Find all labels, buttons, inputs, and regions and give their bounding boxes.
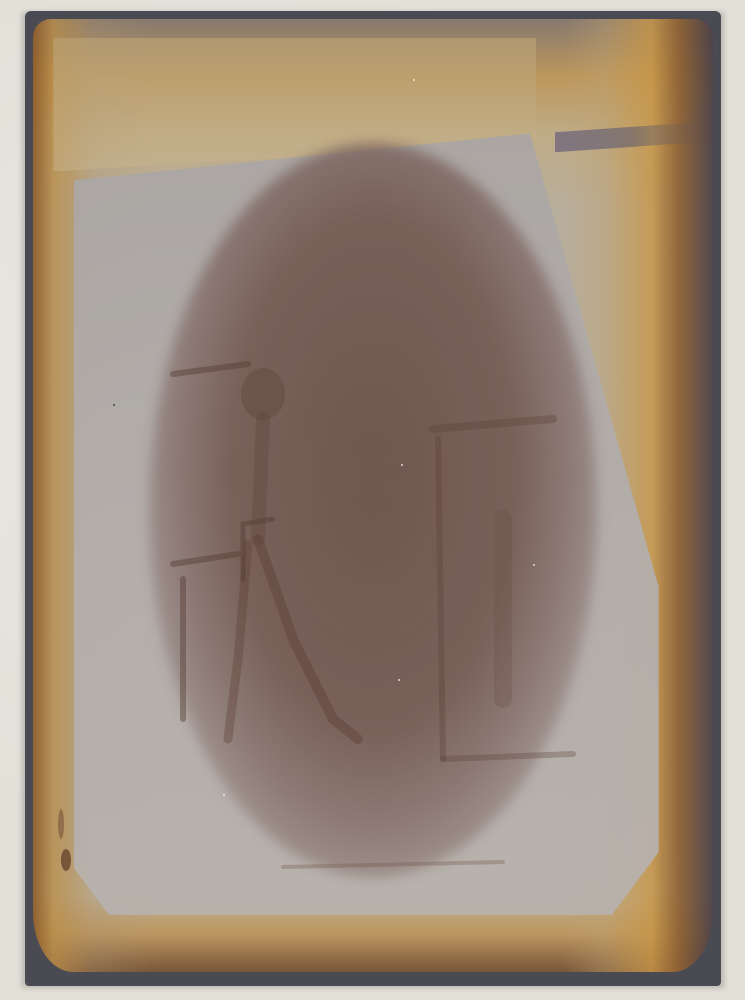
tarnish-frame bbox=[33, 19, 713, 972]
dust-speck bbox=[223, 794, 225, 796]
dust-speck bbox=[413, 79, 415, 81]
dust-speck bbox=[398, 679, 400, 681]
rust-spot bbox=[61, 849, 71, 871]
daguerreotype-plate bbox=[25, 11, 721, 986]
faint-figure bbox=[33, 19, 713, 972]
dust-speck bbox=[533, 564, 535, 566]
dust-speck bbox=[113, 404, 115, 406]
dust-speck bbox=[401, 464, 403, 466]
rust-spot bbox=[58, 809, 64, 839]
